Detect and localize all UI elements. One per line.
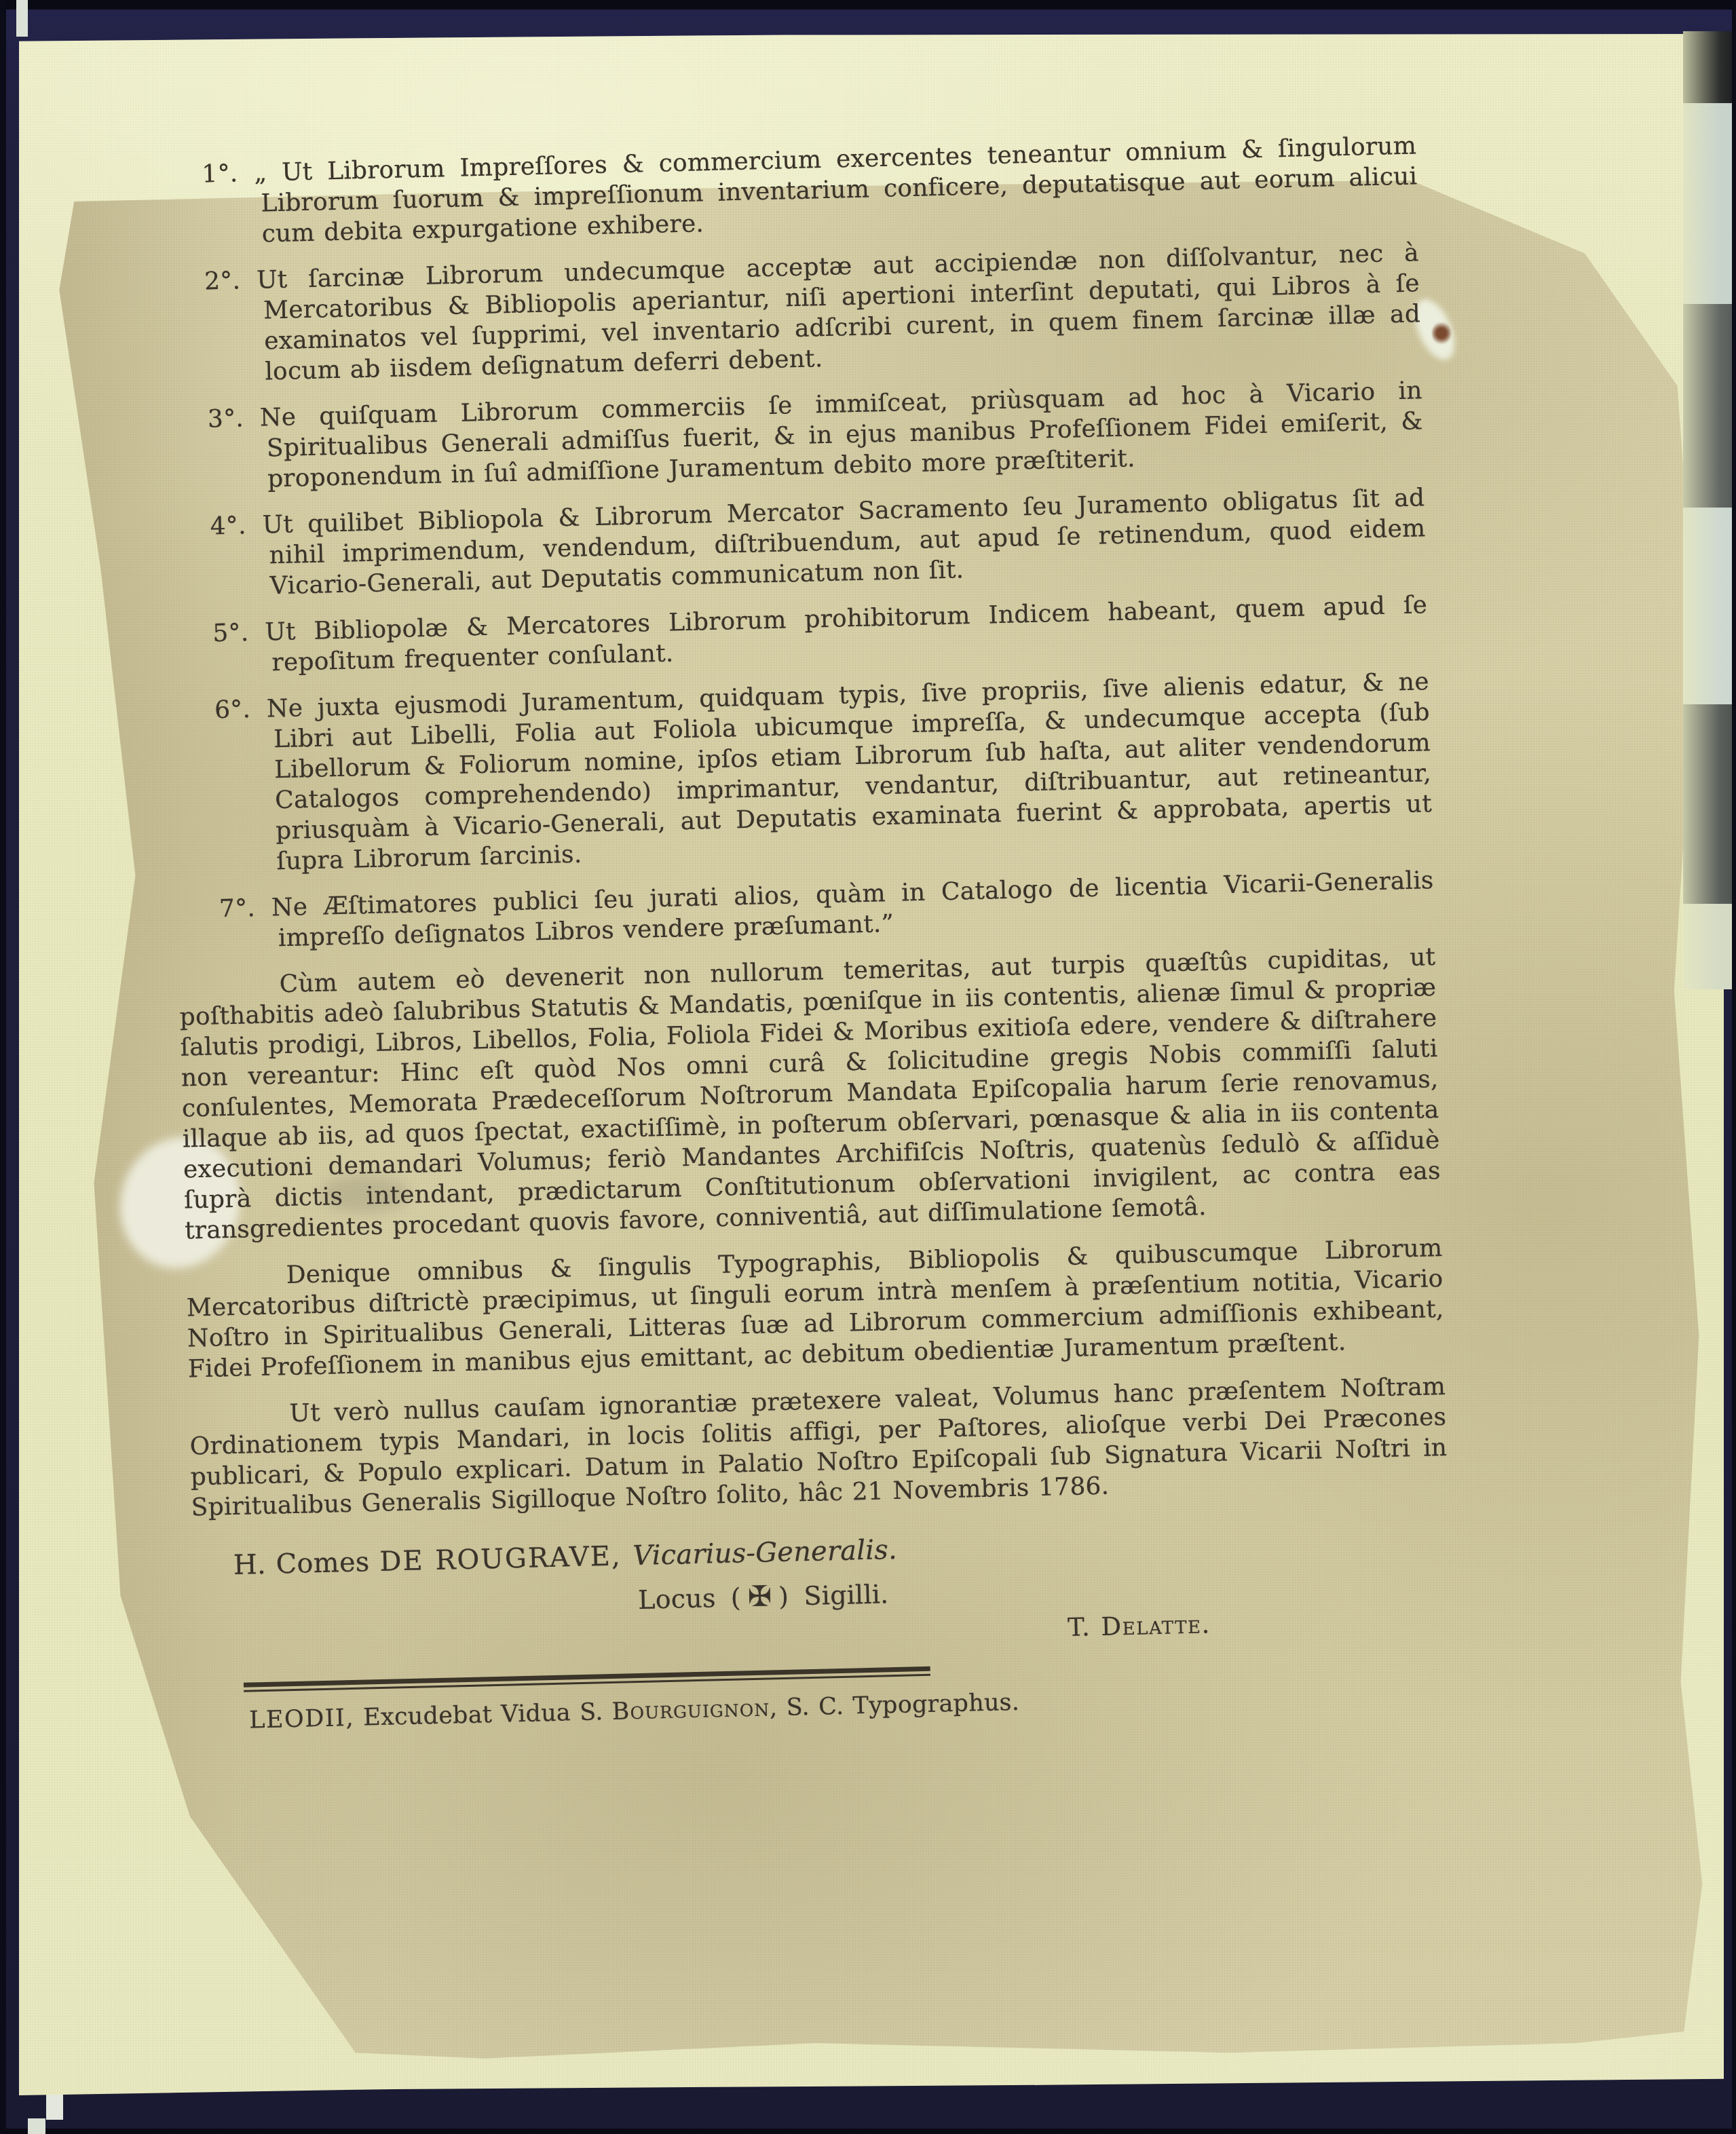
ordinance-item-2: 2°.Ut ſarcinæ Librorum undecumque accept… — [204, 237, 1422, 388]
imprint-printer: Bourguignon — [611, 1694, 770, 1725]
ordinance-text-column: 1°.„ Ut Librorum Impreſſores & commerciu… — [159, 130, 1453, 1737]
tissue-overlap-veil — [1683, 31, 1732, 989]
item-text: Ne juxta ejusmodi Juramentum, quidquam t… — [267, 668, 1433, 875]
closing-paragraph-2: Denique omnibus & ſingulis Typographis, … — [185, 1233, 1445, 1385]
item-number: 1°. — [202, 159, 254, 189]
ordinance-item-7: 7°.Ne Æſtimatores publici ſeu jurati ali… — [219, 865, 1435, 955]
item-text: Ne Æſtimatores publici ſeu jurati alios,… — [271, 866, 1434, 952]
scanned-archival-document: 1°.„ Ut Librorum Impreſſores & commerciu… — [0, 0, 1736, 2134]
item-number: 4°. — [210, 512, 263, 541]
paren-close: ) — [778, 1582, 789, 1612]
film-edge-marker-top — [16, 0, 28, 37]
closing-paragraph-1: Cùm autem eò devenerit non nullorum teme… — [178, 942, 1441, 1246]
item-number: 7°. — [219, 894, 272, 923]
signature-prefix: H. Comes — [233, 1546, 380, 1581]
film-edge-marker-bottom-2 — [28, 2118, 45, 2134]
imprint-end: , S. C. Typographus. — [770, 1689, 1020, 1722]
tissue-overlay-sheet: 1°.„ Ut Librorum Impreſſores & commerciu… — [19, 34, 1724, 2095]
item-text: Ne quiſquam Librorum commerciis ſe immiſ… — [259, 377, 1423, 493]
film-border-bottom — [0, 2129, 1736, 2134]
film-border-top — [0, 0, 1736, 9]
item-text: Ut Bibliopolæ & Mercatores Librorum proh… — [265, 591, 1428, 677]
item-text: Ut ſarcinæ Librorum undecumque acceptæ a… — [257, 239, 1421, 385]
ordinance-item-4: 4°.Ut quilibet Bibliopola & Librorum Mer… — [210, 482, 1427, 603]
divider-rule — [244, 1666, 930, 1692]
imprint-place: LEODII, — [249, 1704, 355, 1734]
stain-spot — [1432, 322, 1451, 345]
ordinance-item-3: 3°.Ne quiſquam Librorum commerciis ſe im… — [207, 375, 1424, 495]
ordinance-item-1: 1°.„ Ut Librorum Impreſſores & commerciu… — [202, 130, 1418, 250]
seal-word-left: Locus — [638, 1583, 716, 1615]
maltese-cross-icon: ✠ — [740, 1579, 779, 1613]
imprint-middle: Excudebat Vidua S. — [354, 1698, 613, 1732]
signature-title: Vicarius-Generalis. — [633, 1534, 898, 1571]
film-border-right — [1732, 0, 1736, 2134]
film-border-left — [0, 0, 6, 2134]
ordinance-item-5: 5°.Ut Bibliopolæ & Mercatores Librorum p… — [212, 590, 1429, 679]
countersignature: T. Delatte. — [1068, 1603, 1452, 1643]
grayscale-calibration-strip — [1683, 31, 1732, 989]
paren-open: ( — [730, 1582, 741, 1612]
seal-word-right: Sigilli. — [804, 1579, 889, 1611]
item-number: 6°. — [214, 696, 267, 725]
item-number: 5°. — [212, 619, 265, 648]
item-number: 2°. — [204, 267, 257, 296]
item-text: Ut quilibet Bibliopola & Librorum Mercat… — [262, 484, 1426, 600]
ordinance-item-6: 6°.Ne juxta ejusmodi Juramentum, quidqua… — [214, 666, 1433, 878]
item-text: „ Ut Librorum Impreſſores & commercium e… — [254, 132, 1418, 248]
closing-paragraph-3: Ut verò nullus cauſam ignorantiæ prætexe… — [189, 1371, 1448, 1523]
signature-name: DE ROUGRAVE, — [379, 1540, 633, 1578]
item-number: 3°. — [208, 404, 261, 434]
